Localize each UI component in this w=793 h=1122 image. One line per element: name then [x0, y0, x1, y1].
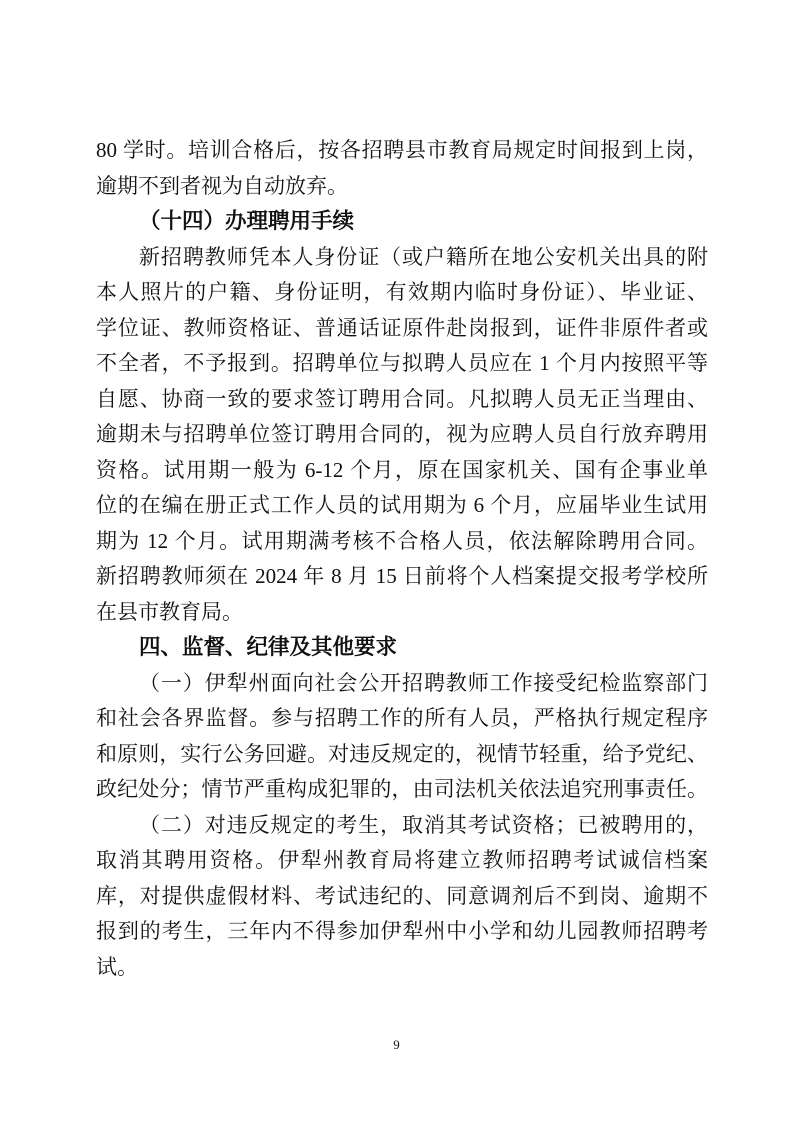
text-line: 逾期未与招聘单位签订聘用合同的，视为应聘人员自行放弃聘用 [96, 417, 708, 453]
text-line: 政纪处分；情节严重构成犯罪的，由司法机关依法追究刑事责任。 [96, 772, 708, 808]
text-line: 位的在编在册正式工作人员的试用期为 6 个月，应届毕业生试用 [96, 488, 708, 524]
text-line: 报到的考生，三年内不得参加伊犁州中小学和幼儿园教师招聘考 [96, 914, 708, 950]
text-line: 期为 12 个月。试用期满考核不合格人员，依法解除聘用合同。 [96, 524, 708, 560]
text-line: 自愿、协商一致的要求签订聘用合同。凡拟聘人员无正当理由、 [96, 382, 708, 418]
section-heading-4: 四、监督、纪律及其他要求 [96, 630, 708, 666]
text-line: 80 学时。培训合格后，按各招聘县市教育局规定时间报到上岗， [96, 133, 708, 169]
text-line: 和原则，实行公务回避。对违反规定的，视情节轻重，给予党纪、 [96, 737, 708, 773]
text-line: 试。 [96, 950, 708, 986]
text-line: 取消其聘用资格。伊犁州教育局将建立教师招聘考试诚信档案 [96, 843, 708, 879]
text-line: 逾期不到者视为自动放弃。 [96, 169, 708, 205]
document-body: 80 学时。培训合格后，按各招聘县市教育局规定时间报到上岗，逾期不到者视为自动放… [96, 133, 708, 985]
text-line: （一）伊犁州面向社会公开招聘教师工作接受纪检监察部门 [96, 666, 708, 702]
text-line: 在县市教育局。 [96, 595, 708, 631]
text-line: （二）对违反规定的考生，取消其考试资格；已被聘用的， [96, 808, 708, 844]
text-line: 新招聘教师须在 2024 年 8 月 15 日前将个人档案提交报考学校所 [96, 559, 708, 595]
section-heading-14: （十四）办理聘用手续 [96, 204, 708, 240]
page-number: 9 [0, 1037, 793, 1053]
text-line: 不全者，不予报到。招聘单位与拟聘人员应在 1 个月内按照平等 [96, 346, 708, 382]
document-page: 80 学时。培训合格后，按各招聘县市教育局规定时间报到上岗，逾期不到者视为自动放… [0, 0, 793, 1122]
text-line: 库，对提供虚假材料、考试违纪的、同意调剂后不到岗、逾期不 [96, 879, 708, 915]
text-line: 和社会各界监督。参与招聘工作的所有人员，严格执行规定程序 [96, 701, 708, 737]
text-line: 新招聘教师凭本人身份证（或户籍所在地公安机关出具的附 [96, 240, 708, 276]
text-line: 学位证、教师资格证、普通话证原件赴岗报到，证件非原件者或 [96, 311, 708, 347]
text-line: 资格。试用期一般为 6-12 个月，原在国家机关、国有企事业单 [96, 453, 708, 489]
text-line: 本人照片的户籍、身份证明，有效期内临时身份证）、毕业证、 [96, 275, 708, 311]
